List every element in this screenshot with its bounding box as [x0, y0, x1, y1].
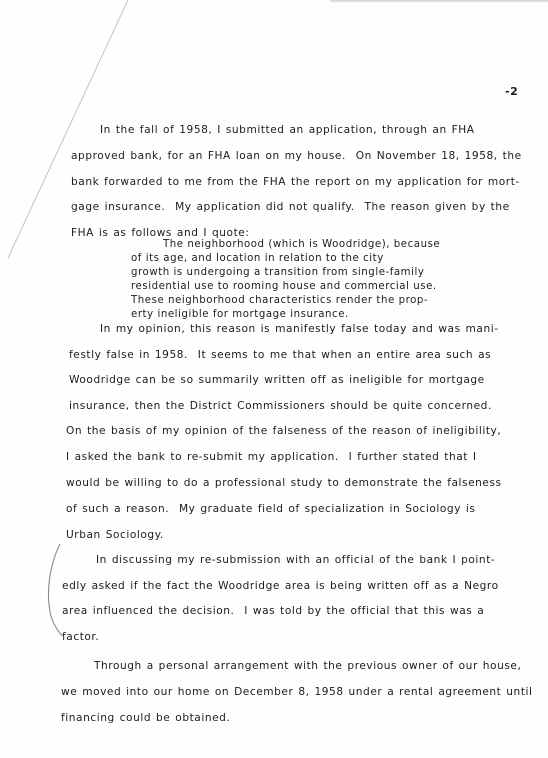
paragraph-line: financing could be obtained. [61, 711, 230, 725]
paragraph-line: In the fall of 1958, I submitted an appl… [100, 123, 475, 137]
paragraph-line: of such a reason. My graduate field of s… [66, 502, 476, 516]
quote-line: growth is undergoing a transition from s… [131, 266, 425, 280]
quote-line: residential use to rooming house and com… [131, 280, 437, 294]
quote-line: These neighborhood characteristics rende… [131, 294, 428, 308]
paragraph-line: bank forwarded to me from the FHA the re… [71, 175, 520, 189]
paragraph-line: festly false in 1958. It seems to me tha… [69, 348, 491, 362]
paragraph-line: approved bank, for an FHA loan on my hou… [71, 149, 522, 163]
paragraph-line: factor. [62, 630, 99, 644]
paragraph-line: edly asked if the fact the Woodridge are… [62, 579, 499, 593]
paragraph-line: In my opinion, this reason is manifestly… [100, 322, 499, 336]
document-page: -2 In the fall of 1958, I submitted an a… [0, 0, 548, 758]
paragraph-line: I asked the bank to re-submit my applica… [66, 450, 477, 464]
paragraph-line: Woodridge can be so summarily written of… [69, 373, 485, 387]
paragraph-line: gage insurance. My application did not q… [71, 200, 510, 214]
page-number: -2 [505, 85, 518, 98]
quote-line: The neighborhood (which is Woodridge), b… [163, 238, 440, 252]
paragraph-line: On the basis of my opinion of the falsen… [66, 424, 501, 438]
paragraph-line: Through a personal arrangement with the … [94, 659, 521, 673]
paragraph-line: area influenced the decision. I was told… [62, 604, 484, 618]
quote-line: erty ineligible for mortgage insurance. [131, 308, 349, 322]
paragraph-line: In discussing my re-submission with an o… [96, 553, 495, 567]
paragraph-line: would be willing to do a professional st… [66, 476, 502, 490]
paragraph-line: insurance, then the District Commissione… [69, 399, 492, 413]
quote-line: of its age, and location in relation to … [131, 252, 384, 266]
paragraph-line: Urban Sociology. [66, 528, 164, 542]
paragraph-line: we moved into our home on December 8, 19… [61, 685, 533, 699]
